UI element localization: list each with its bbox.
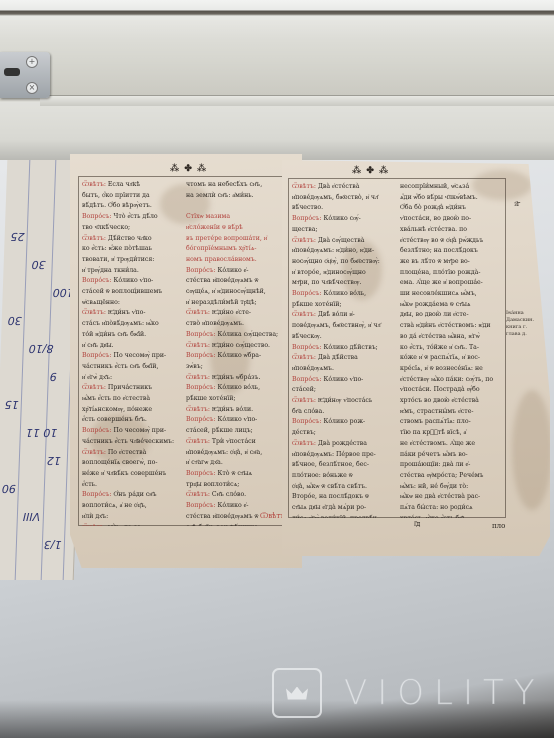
text-line: сте́ства ѹ҆мро́ста; Рече́мъ (400, 471, 504, 482)
text-line: вѣ́ческѹ. (292, 332, 396, 343)
text-line: Вопро́съ: Ко́лико е҆- (186, 501, 294, 512)
text-line: вѣ́чное, безлѣ́тное, бес- (292, 460, 396, 471)
text-line: ста́сей, рѣ́кше лицъ; (186, 426, 294, 437)
text-line: пове́дѹѧмъ, бж҃ествнѹ̀, и҆ чл҃ (292, 321, 396, 332)
text-line: Ѻ҆́ба бо̀ рожд҃а̀ ѥ҆ди́нъ (400, 203, 504, 214)
text-line: номъ правосла́вномъ. (186, 255, 294, 266)
text-line: мт҃ри, по чл҃вѣ́чествѹ. (292, 278, 396, 289)
text-line: Вопро́съ: Ко́лико ѵ҆по- (292, 375, 396, 386)
text-line: и҆пове́дѹѧмъ: Пе́рвое пре- (292, 450, 396, 461)
text-line: ѩ҆́мъ е҆́сть по е҆стества̀ (82, 394, 182, 405)
text-line: Ѿвѣтъ: Прича́стникъ (82, 383, 182, 394)
ledger-number: 15 (5, 398, 19, 411)
text-line: кре́сїѧ, и҆ ѿ вознесе́нїѧ: не (400, 364, 504, 375)
text-column: Ѿвѣтъ: Есла чл҃кѣбытъ, ѻ҆́ко прїитти дав… (82, 180, 182, 526)
text-line: зѡ́въ; (186, 362, 294, 373)
margin-note-line: Дамаскин. (506, 317, 534, 324)
text-line: на землѝ сн҃ъ: а҆ми́нь. (186, 191, 294, 202)
text-line: и҆пове́дѹѧмъ: ѥ҆ди́но, ѥ҆ди- (292, 246, 396, 257)
margin-note-line: книга г. (506, 324, 534, 331)
text-line: ча́стникъ е҆́сть чл҃ве́ческимъ: (82, 437, 182, 448)
text-line: ѩ҆́кѡ рожда́ема ѿ ст҃ыѧ (400, 300, 504, 311)
catchword: Ѿвѣтъ (260, 512, 285, 520)
text-line: Ѿвѣтъ: Есла чл҃кѣ (82, 180, 182, 191)
text-line: ста́съ и҆по̀вѣ́дѹѧмъ: ѩ҆́ко (82, 319, 182, 330)
text-line: безлѣ́тно; на послѣ́докъ (400, 246, 504, 257)
text-line: ди́сѧ е҆гѡ̀ вели́кїй, предвѣ́ч- (292, 514, 396, 518)
text-line: Вопро́съ: Ко́лико ѡ҆бра- (186, 351, 294, 362)
ledger-number: 90 (2, 482, 16, 495)
text-line: Ѿвѣтъ: Ѩ҆́кѡ да со- (82, 523, 182, 527)
text-line: ема. А҆́ще же и҆ вопроша́е- (400, 278, 504, 289)
text-line: воплоти́сѧ, а҆ не ѻ҆ц҃ъ, (82, 501, 182, 512)
text-line: Ѿвѣтъ: Трѝ ѵ҆поста́си (186, 437, 294, 448)
text-line: сѹще́ѧ, и҆ ѥ҆диносѹ́щнѣй, (186, 287, 294, 298)
text-line: Вопро́съ: Ѻ҆́нъ ра́ди сн҃ъ (82, 490, 182, 501)
ledger-number: 25 (10, 230, 24, 243)
text-line: и҆ нераздѣли́мѣй тр҃цѣ; (186, 298, 294, 309)
window-sash-rail (40, 95, 554, 106)
text-line: твовати, и҆ трѹди́тися: (82, 255, 182, 266)
text-line: хва́льнѣ е҆сте́ства. по (400, 225, 504, 236)
text-line: рѣ́кше хоте́нїй; (186, 394, 294, 405)
watermark-brand: VIOLITY (344, 673, 545, 713)
text-line: ст҃ыѧ дв҃ы е҆гда̀ мѧ́ри ро- (292, 503, 396, 514)
page-number: з҃г (514, 200, 520, 208)
text-line: Стїхѡ мазима (186, 212, 294, 223)
text-line: не́же и҆ чл҃вѣ́къ соверше́нъ (82, 469, 182, 480)
text-line: воплоще́нїѧ своегѡ̀, по- (82, 458, 182, 469)
text-line: въ прете́ре вопроша́ти, и҆ (186, 234, 294, 245)
handle-slot (4, 68, 20, 76)
text-line: ѥ҆мъ, страстны́мъ е҆сте- (400, 407, 504, 418)
margin-note: Іѡа́ннаДамаскин.книга г.глава д. (506, 310, 534, 338)
text-line: Ѿвѣтъ: Ѥ҆ди́нъ во́ли. (186, 405, 294, 416)
text-line: Ѿвѣтъ: Два̀ сѹ́щества̀ (292, 236, 396, 247)
crown-icon (286, 687, 308, 700)
text-line: Ѿвѣтъ: Два̀ е҆сте́ства̀ (292, 182, 396, 193)
left-page: ⁂ ✤ ⁂ Ѿвѣтъ: Есла чл҃кѣбытъ, ѻ҆́ко прїит… (70, 154, 302, 568)
text-line: е҆́сть соверше́нъ бг҃ъ. (82, 415, 182, 426)
text-line: е҆́сть. (82, 480, 182, 491)
text-line: Вопро́съ: Ко́лико ѵ҆по- (82, 276, 182, 287)
text-line: и҆ второ́е, ѥ҆диносѹ́щно (292, 268, 396, 279)
text-column: Ѿвѣтъ: Два̀ е҆сте́ства̀и҆пове́дѹѧмъ, бж҃… (292, 182, 396, 518)
text-line: ѻ҆ц҃а̀, ѩ҆́кѡ ѿ свѣ́та свѣ́тъ. (292, 482, 396, 493)
text-line: Ѿвѣтъ: Ѥ҆ди́но сѹ́щество. (186, 341, 294, 352)
header-ornament: ⁂ ✤ ⁂ (170, 164, 207, 174)
text-line: ѩ҆́кѡ не два̀ е҆сте́ства̀ рас- (400, 492, 504, 503)
text-line: Вопро́съ: Что̀ е҆́сть дѣ́ло (82, 212, 182, 223)
text-line: ко́же и҆ ѿ распѧ́тїѧ, и҆ вос- (400, 353, 504, 364)
text-line: Ѿвѣтъ: Ѥ҆ди́нѹ ѵ҆поста́сь (292, 396, 396, 407)
text-line: бытъ, ѻ҆́ко прїитти да (82, 191, 182, 202)
text-line: Ѿвѣтъ: Два̀ рожде́ства (292, 439, 396, 450)
text-line: и҆ ст҃агѡ дх҃а. (186, 458, 294, 469)
header-ornament: ⁂ ✤ ⁂ (352, 166, 389, 176)
text-line: и҆лѝ дх҃ъ: (82, 512, 182, 523)
text-line: ѩ҆́мъ: ни̑, не́ бѹ́ди то̀: (400, 482, 504, 493)
text-line: ши несовле́кшисѧ ѩ҆́мъ, (400, 289, 504, 300)
text-line: вѣ́дѣтъ. Ѻ҆́бо вѣрѹ̀етъ. (82, 201, 182, 212)
text-line: и҆сло́женїи ѿ вѣ́рѣ (186, 223, 294, 234)
text-line: Вопро́съ: Ко́лико ѵ҆по- (186, 415, 294, 426)
text-line: тїю па крⷭ҇тѣ̀ вїсѣ, а҆ (400, 428, 504, 439)
text-line: Вопро́съ: Ко́лико во́ль, (186, 383, 294, 394)
text-line: и҆ трѹ́дна ткни́ла. (82, 266, 182, 277)
text-line: ѧ҆́ди ѡ҆́бо вѣ́ры ч҃лкѡ́вѣмъ. (400, 193, 504, 204)
text-line: ко е҆́сть: ѥ҆́же по̀тѣшаь (82, 244, 182, 255)
text-line: ста́сей ѿ воплощ́ившемъ (82, 287, 182, 298)
ledger-number: 30 (8, 314, 22, 327)
text-line: и҆ е҆гѡ̀ дх҃ъ: (82, 373, 182, 384)
text-line: носѹ́щно ѻ҆ц҃ѹ̀, по бж҃ествѹ̀: (292, 257, 396, 268)
text-line: Вопро́съ: Ко́лико во́ль, (292, 289, 396, 300)
text-line: бг҃а сло́ва. (292, 407, 396, 418)
open-book: ⁂ ✤ ⁂ Ѿвѣтъ: Есла чл҃кѣбытъ, ѻ҆́ко прїит… (30, 150, 550, 570)
text-line: же въ лѣ́то ѿ мт҃ре во- (400, 257, 504, 268)
right-page: ⁂ ✤ ⁂ з҃г Ѿвѣтъ: Два̀ е҆сте́ства̀и҆пове́… (282, 160, 550, 556)
text-column: чтомъ на небесѣ́хъ сн҃ъ,на землѝ сн҃ъ: а… (186, 180, 294, 526)
text-line: ѵ҆поста́си, во двою̀ по- (400, 214, 504, 225)
text-line: Ѿвѣтъ: По е҆стества̀ (82, 448, 182, 459)
signature-mark: і҃д (414, 520, 420, 528)
watermark-logo-box (272, 668, 322, 718)
text-line (186, 201, 294, 212)
text-line: сте́ства и҆пове́дѹѧмъ ѿ (186, 276, 294, 287)
screw-icon: + (26, 56, 38, 68)
screw-icon: × (26, 82, 38, 94)
text-line: пѧ́та бы́ста: но роди́сѧ (400, 503, 504, 514)
text-line: Ѿвѣтъ: Дѣ́йство чл҃ко (82, 234, 182, 245)
margin-note-line: Іѡа́нна (506, 310, 534, 317)
text-line: проша́ющїи: два̀ ли е҆- (400, 460, 504, 471)
text-line: Ѿвѣтъ: Ѥ҆ди́но е҆сте- (186, 308, 294, 319)
text-line: ѵ҆поста́си. Пострада̀ ѹ҆́бо (400, 385, 504, 396)
text-line: Ѿвѣтъ: Ѥ҆ди́нъ ѡ҆бра́зъ. (186, 373, 294, 384)
text-line: е҆сте́ствѹ во ѿ ѻ҆ц҃а̀ рѡ́ждьъ (400, 236, 504, 247)
text-line: ства̀ ѥ҆ди́нъ е҆сте́ствомъ: ѥ҆ди (400, 321, 504, 332)
text-line: Вопро́съ: Ко́лико рож- (292, 417, 396, 428)
text-line: Вопро́съ: По чесомѹ̀ при- (82, 426, 182, 437)
text-line: площе́на, пло́тїю рожда̀- (400, 268, 504, 279)
text-line: чтомъ на небесѣ́хъ сн҃ъ, (186, 180, 294, 191)
text-line: щества; (292, 225, 396, 236)
text-line: Ѿвѣтъ: Ѥ҆ди́нъ ѵ҆по- (82, 308, 182, 319)
text-line: ко е҆́сть, то́йже и҆ сн҃ъ. Та- (400, 343, 504, 354)
margin-note-line: глава д. (506, 331, 534, 338)
text-line: вѣ́чество. (292, 203, 396, 214)
text-line: пло́тное: во́ньже ѿ (292, 471, 396, 482)
window-frame (0, 0, 554, 160)
text-line: и҆ сн҃ъ дв҃ы. (82, 341, 182, 352)
text-line: несопрїи́мный, ѡ҆сѧза́ (400, 182, 504, 193)
text-line: ство̀ и҆пове́дѹѧмъ. (186, 319, 294, 330)
text-line: рѣ́кше хоте́нїй; (292, 300, 396, 311)
text-line: хрто́съ, и҆́же е҆́сть бг҃ъ (400, 514, 504, 518)
text-line: е҆сте́ствѹ ѩ҆́ко па́ки: сѹ́ть, по (400, 375, 504, 386)
text-line: Вопро́съ: Ко́лико сѹ́- (292, 214, 396, 225)
text-line: Ѿвѣтъ: Два̀ дѣ́йства (292, 353, 396, 364)
text-line: Вопро́съ: Ко́лико е҆- (186, 266, 294, 277)
text-line: хрто́съ во двою̀ е҆сте́ства̀ (400, 396, 504, 407)
catchword: пло (492, 522, 505, 530)
text-line: Вопро́съ: Ко́лико дѣ́йствъ; (292, 343, 396, 354)
text-line: Вопро́съ: Кто̀ ѿ ст҃ыѧ (186, 469, 294, 480)
text-line: ствомъ распѧ́тїѧ: пло- (400, 417, 504, 428)
text-line: бо́гопрїе́мнымъ хр҇ті́ѧ- (186, 244, 294, 255)
text-line: ста́сей; (292, 385, 396, 396)
text-line: и҆пове́дѹѧмъ: ѻ҆ц҃а̀, и҆ сн҃а, (186, 448, 294, 459)
text-line: Второ́е, на послѣ́докъ ѿ (292, 492, 396, 503)
text-line: ча́стникъ е҆́сть сн҃ъ бж҃їй, (82, 362, 182, 373)
text-line: Ѿвѣтъ: Двѣ̀ во́ли и҆- (292, 310, 396, 321)
text-line: Вопро́съ: По чесомѹ̀ при- (82, 351, 182, 362)
text-line: па́ки ре́четъ ѩ҆́мъ во- (400, 450, 504, 461)
text-line: трц҃ы воплоти́сѧ; (186, 480, 294, 491)
violity-watermark: VIOLITY (272, 668, 545, 718)
text-column: несопрїи́мный, ѡ҆сѧза́ѧ҆́ди ѡ҆́бо вѣ́ры … (400, 182, 504, 518)
text-line: ѡ҆свѧщённо: (82, 298, 182, 309)
text-line: дв҃ы, во двою̀ ли е҆сте- (400, 310, 504, 321)
text-line: и҆пове́дѹѧмъ, бж҃ество̀, и҆ чл҃ (292, 193, 396, 204)
text-line: тво ч҃лкѣ́ческо; (82, 223, 182, 234)
text-line: Вопро́съ: Ко́лика сѹ́щества; (186, 330, 294, 341)
text-line: де́ствъ; (292, 428, 396, 439)
text-line: сн҃ѣ бж҃їи, вочл҃вѣ́чшим- (186, 523, 294, 527)
window-handle-icon: + × (0, 52, 50, 98)
text-line: Ѿвѣтъ: Сн҃ъ сло́во. (186, 490, 294, 501)
text-line: то́й ѥ҆ди́нъ сн҃ъ бж҃їй. (82, 330, 182, 341)
text-line: хр҇ті́ѧнскомѹ, по́неже (82, 405, 182, 416)
text-line: не е҆сте́ствомъ. А҆́ще же (400, 439, 504, 450)
text-line: во да́ е҆сте́ства ѩ҆́вна, ѥ҆гѡ̀ (400, 332, 504, 343)
text-line: и҆пове́дѹѧмъ. (292, 364, 396, 375)
